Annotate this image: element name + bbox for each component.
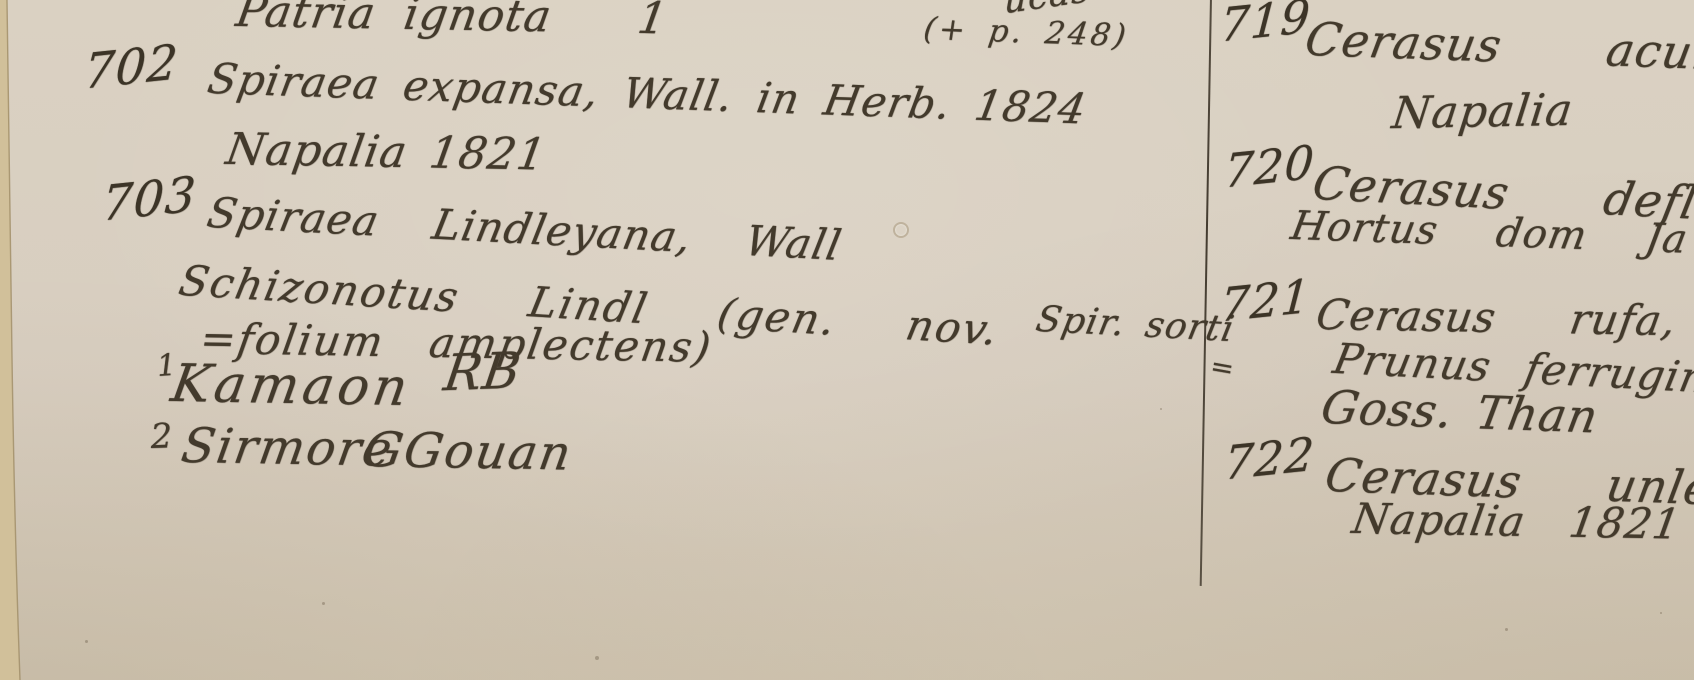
entry-703-synonym-line1-end: Spir. sorti: [1033, 302, 1237, 348]
entry-719-number: 719: [1219, 0, 1313, 49]
specimen-1-place: Kamaon: [168, 358, 415, 414]
entry-702-name: Spiraea expansa, Wall. in Herb. 1824: [205, 58, 1090, 130]
entry-720-number: 720: [1223, 139, 1317, 195]
entry-719-locality: Napalia: [1390, 89, 1576, 136]
manuscript-page: Patria ignota 1 ucas (+ p. 248) 702 Spir…: [0, 0, 1694, 680]
entry-719-name: Cerasus acum: [1302, 16, 1694, 77]
divider-tie-mark: =: [1208, 352, 1237, 384]
entry-722-number: 722: [1223, 431, 1317, 487]
paper-speck: [1660, 612, 1662, 614]
entry-721-locality: Goss. Than: [1318, 384, 1602, 439]
specimen-2-index: 2: [150, 419, 174, 454]
paper-speck: [595, 656, 599, 660]
page-reference-note: (+ p. 248): [922, 14, 1131, 52]
column-divider-line: [1200, 0, 1212, 586]
entry-702-number: 702: [83, 38, 181, 97]
paper-speck: [85, 640, 88, 643]
entry-721-number: 721: [1219, 273, 1313, 329]
specimen-2-collector: GGouan: [360, 426, 576, 478]
paper-speck: [1160, 408, 1162, 410]
paper-speck: [1505, 628, 1508, 631]
page-torn-edge: [0, 0, 30, 680]
specimen-1-collector: RB: [441, 345, 524, 398]
entry-703-number: 703: [101, 170, 199, 229]
entry-703-name: Spiraea Lindleyana, Wall: [204, 192, 845, 267]
paper-ring-mark: [893, 222, 909, 238]
left-top-line-fragment: Patria ignota 1: [233, 0, 671, 41]
entry-722-locality: Napalia 1821 Au: [1349, 498, 1694, 547]
entry-702-locality: Napalia 1821: [223, 128, 549, 177]
paper-speck: [322, 602, 325, 605]
entry-720-source: Hortus dom Ja: [1288, 206, 1691, 260]
